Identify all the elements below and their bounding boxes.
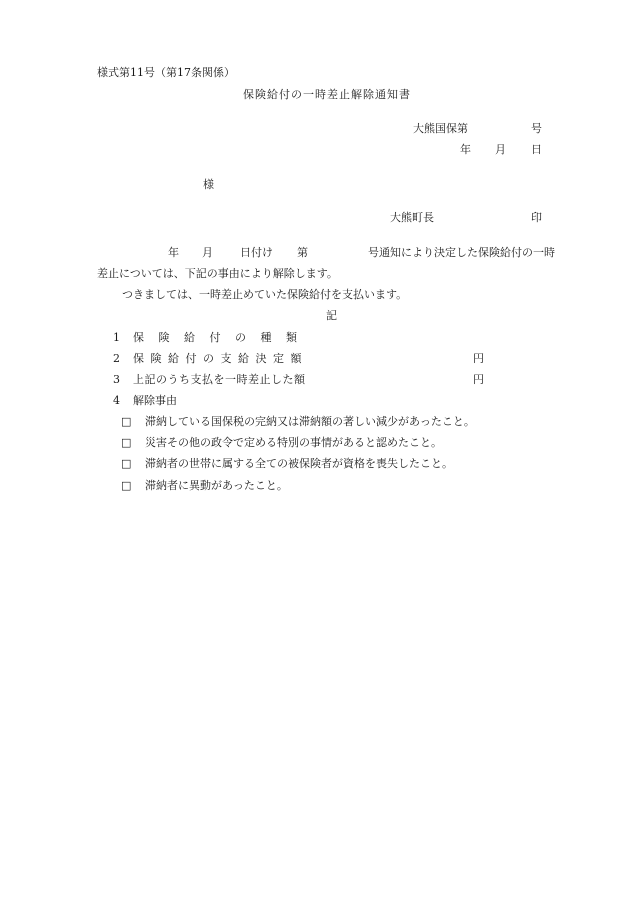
reference-prefix: 大熊国保第 — [413, 122, 468, 136]
document-title: 保険給付の一時差止解除通知書 — [243, 88, 411, 102]
body-line2: 差止については、下記の事由により解除します。 — [97, 267, 338, 281]
body-dated: 日付け — [240, 246, 273, 260]
issuer-name: 大熊町長 — [390, 211, 434, 225]
reason-text: 滞納者の世帯に属する全ての被保険者が資格を喪失したこと。 — [145, 457, 453, 471]
item-number: 1 — [113, 331, 120, 345]
item-unit: 円 — [473, 352, 484, 366]
item-label: 保険給付の種類 — [133, 331, 312, 345]
date-day: 日 — [531, 143, 542, 157]
item-label: 上記のうち支払を一時差止した額 — [133, 373, 306, 387]
body-line3: つきましては、一時差止めていた保険給付を支払います。 — [122, 288, 407, 302]
body-month: 月 — [202, 246, 213, 260]
body-number-prefix: 第 — [297, 246, 308, 260]
form-number: 様式第11号（第17条関係） — [97, 66, 235, 80]
reason-checkbox[interactable]: □ — [121, 479, 131, 493]
item-number: 2 — [113, 352, 120, 366]
date-month: 月 — [495, 143, 506, 157]
ki-heading: 記 — [326, 309, 337, 323]
item-label: 解除事由 — [133, 394, 177, 408]
recipient-honorific: 様 — [203, 178, 214, 192]
body-year: 年 — [168, 246, 179, 260]
reason-checkbox[interactable]: □ — [121, 457, 131, 471]
item-number: 4 — [113, 394, 120, 408]
issuer-seal: 印 — [531, 211, 542, 225]
reason-checkbox[interactable]: □ — [121, 415, 131, 429]
reason-text: 滞納している国保税の完納又は滞納額の著しい減少があったこと。 — [145, 415, 475, 429]
item-number: 3 — [113, 373, 120, 387]
item-label: 保険給付の支給決定額 — [133, 352, 308, 366]
reference-suffix: 号 — [531, 122, 542, 136]
item-unit: 円 — [473, 373, 484, 387]
reason-text: 災害その他の政令で定める特別の事情があると認めたこと。 — [145, 436, 442, 450]
body-line1-rest: 号通知により決定した保険給付の一時 — [368, 246, 555, 260]
reason-checkbox[interactable]: □ — [121, 436, 131, 450]
reason-text: 滞納者に異動があったこと。 — [145, 479, 288, 493]
date-year: 年 — [460, 143, 471, 157]
